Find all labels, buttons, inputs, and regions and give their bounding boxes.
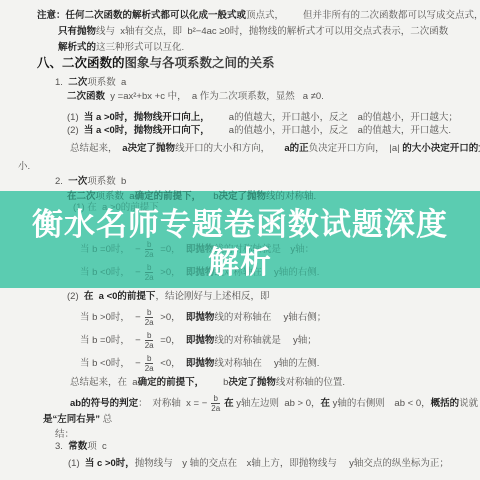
text-run: 说就 <box>459 398 478 410</box>
text-run: 在 <box>321 398 331 410</box>
doc-line: 小. <box>18 161 30 173</box>
text-run: y =ax²+bx +c 中， a 作为二次项系数，显然 a ≠0. <box>105 91 324 103</box>
doc-line: 总结起来， a决定了抛物线开口的大小和方向， a的正负决定开口方向， |a| 的… <box>70 143 480 155</box>
text-run: 决定了抛物 <box>219 191 267 203</box>
banner-title-line1: 衡水名师专题卷函数试题深度 <box>0 206 480 244</box>
fraction-denominator: 2a <box>143 341 156 350</box>
fraction-numerator: b <box>211 394 219 404</box>
text-run: a的正 <box>284 143 308 155</box>
document-page: 注意：任何二次函数的解析式都可以化成一般式或顶点式， 但并非所有的二次函数都可以… <box>0 0 480 480</box>
text-run: 项系数 b <box>87 176 126 188</box>
doc-line: 总结起来，在 a确定的前提下， b决定了抛物线对称轴的位置. <box>70 377 345 389</box>
text-run: 八、二次函数的 <box>37 56 125 71</box>
text-run: 总结起来，在 a <box>70 377 138 389</box>
text-run: 在 a <0的前提下 <box>84 291 156 303</box>
text-run: 确定的前提下， <box>138 377 205 389</box>
text-run: >0， <box>158 312 186 324</box>
text-run: b <box>201 191 218 203</box>
text-run: 1. <box>55 77 68 89</box>
fraction-numerator: b <box>145 331 153 341</box>
text-run: 3. <box>55 441 68 453</box>
doc-line: 2. 一次项系数 b <box>55 176 126 188</box>
text-run: y轴的右侧则 ab < 0， <box>330 398 431 410</box>
text-run: <0， <box>158 358 186 370</box>
text-run: 二次 <box>68 77 87 89</box>
doc-line: 当 b >0时， −b2a >0， 即抛物线的对称轴在 y轴右侧； <box>80 308 326 327</box>
text-run: 当 b >0时， − <box>80 312 141 324</box>
text-run: 线的对称轴就是 y轴； <box>214 335 316 347</box>
text-run: 决定了抛物 <box>228 377 276 389</box>
text-run: 负决定开口方向， |a| <box>309 143 400 155</box>
doc-line: (2) 当 a <0时，抛物线开口向下， a的值越小，开口越小，反之 a的值越大… <box>67 125 451 137</box>
banner-title: 衡水名师专题卷函数试题深度 解析 <box>0 206 480 282</box>
text-run: 总 <box>100 414 112 426</box>
text-run: 当 a <0时，抛物线开口向下， <box>84 125 210 137</box>
text-run: 注意：任何二次函数的解析式都可以化成一般式或 <box>37 10 246 22</box>
text-run: 当 b <0时， − <box>80 358 141 370</box>
text-run: 抛物线与 y 轴的交点在 x轴上方，即抛物线与 y轴交点的纵坐标为正； <box>135 458 449 470</box>
text-run: 一次 <box>68 176 87 188</box>
text-run: a的值越小，开口越小，反之 a的值越大，开口越大. <box>210 125 451 137</box>
text-run: 这三种形式可以互化. <box>96 42 184 54</box>
doc-line: 是“左同右异” 总 <box>43 414 112 426</box>
text-run: 二次函数 <box>67 91 105 103</box>
text-run: ： 对称轴 x = − <box>138 398 207 410</box>
text-run: 线的对称轴在 y轴右侧； <box>214 312 326 324</box>
fraction: b2a <box>143 354 156 373</box>
doc-line: (2) 在 a <0的前提下，结论刚好与上述相反，即 <box>67 291 269 303</box>
doc-line: (1) 当 c >0时，抛物线与 y 轴的交点在 x轴上方，即抛物线与 y轴交点… <box>68 458 449 470</box>
fraction: b2a <box>143 331 156 350</box>
text-run: 小. <box>18 161 30 173</box>
text-run: 项 c <box>87 441 107 453</box>
text-run: (1) <box>68 458 85 470</box>
text-run: 线对称轴在 y轴的左侧. <box>214 358 319 370</box>
text-run: (2) <box>67 291 84 303</box>
text-run: (1) <box>67 112 84 124</box>
text-run: 即抛物 <box>186 358 215 370</box>
text-run: 但并非所有的二次函数都可以写成交点式， <box>284 10 480 22</box>
doc-line: ab的符号的判定： 对称轴 x = −b2a在 y轴左边则 ab > 0，在 y… <box>70 394 478 413</box>
doc-line: 1. 二次项系数 a <box>55 77 126 89</box>
doc-line: 二次函数 y =ax²+bx +c 中， a 作为二次项系数，显然 a ≠0. <box>67 91 324 103</box>
doc-line: 结： <box>55 429 74 441</box>
text-run: 线对称轴的位置. <box>276 377 345 389</box>
text-run: 线与 x轴有交点，即 b²−4ac ≥0时，抛物线的解析式才可以用交点式表示，二… <box>96 26 448 38</box>
text-run: 在 <box>224 398 234 410</box>
text-run: 2. <box>55 176 68 188</box>
fraction-denominator: 2a <box>143 364 156 373</box>
doc-line: 3. 常数项 c <box>55 441 107 453</box>
text-run: 结： <box>55 429 74 441</box>
text-run: a的值越大，开口越小，反之 a的值越小，开口越大； <box>210 112 458 124</box>
doc-line: 解析式的这三种形式可以互化. <box>58 42 184 54</box>
text-run: 当 b =0时， − <box>80 335 141 347</box>
text-run: 图象与各项系数之间的关系 <box>125 56 275 71</box>
text-run: 当 c >0时， <box>85 458 135 470</box>
fraction: b2a <box>209 394 222 413</box>
fraction-denominator: 2a <box>209 404 222 413</box>
text-run: (2) <box>67 125 84 137</box>
doc-line: (1) 当 a >0时，抛物线开口向上， a的值越大，开口越小，反之 a的值越小… <box>67 112 458 124</box>
text-run: 当 a >0时，抛物线开口向上， <box>84 112 210 124</box>
text-run: ，结论刚好与上述相反，即 <box>155 291 269 303</box>
text-run: 总结起来， <box>70 143 122 155</box>
text-run: 常数 <box>68 441 87 453</box>
fraction: b2a <box>143 308 156 327</box>
text-run: ab的符号的判定 <box>70 398 138 410</box>
fraction-denominator: 2a <box>143 318 156 327</box>
text-run: 只有抛物 <box>58 26 96 38</box>
fraction-numerator: b <box>145 354 153 364</box>
doc-line: 当 b =0时， −b2a =0， 即抛物线的对称轴就是 y轴； <box>80 331 317 350</box>
text-run: 线开口的大小和方向， <box>175 143 284 155</box>
text-run: 项系数 a <box>87 77 126 89</box>
text-run: 的大小决定开口的大 <box>400 143 480 155</box>
text-run: 即抛物 <box>186 335 215 347</box>
text-run: b <box>204 377 228 389</box>
text-run: 顶点式， <box>246 10 284 22</box>
section-heading: 八、二次函数的图象与各项系数之间的关系 <box>37 56 275 71</box>
doc-line: 注意：任何二次函数的解析式都可以化成一般式或顶点式， 但并非所有的二次函数都可以… <box>37 10 480 22</box>
text-run: 线的对称轴. <box>266 191 316 203</box>
fraction-numerator: b <box>145 308 153 318</box>
banner-title-line2: 解析 <box>0 244 480 282</box>
text-run: 是“左同右异” <box>43 414 100 426</box>
text-run: y轴左边则 ab > 0， <box>234 398 321 410</box>
text-run: 解析式的 <box>58 42 96 54</box>
text-run: 即抛物 <box>186 312 215 324</box>
text-run: =0， <box>158 335 186 347</box>
text-run: 概括的 <box>431 398 460 410</box>
doc-line: 只有抛物线与 x轴有交点，即 b²−4ac ≥0时，抛物线的解析式才可以用交点式… <box>58 26 448 38</box>
doc-line: 当 b <0时， −b2a <0， 即抛物线对称轴在 y轴的左侧. <box>80 354 319 373</box>
text-run: a决定了抛物 <box>122 143 175 155</box>
